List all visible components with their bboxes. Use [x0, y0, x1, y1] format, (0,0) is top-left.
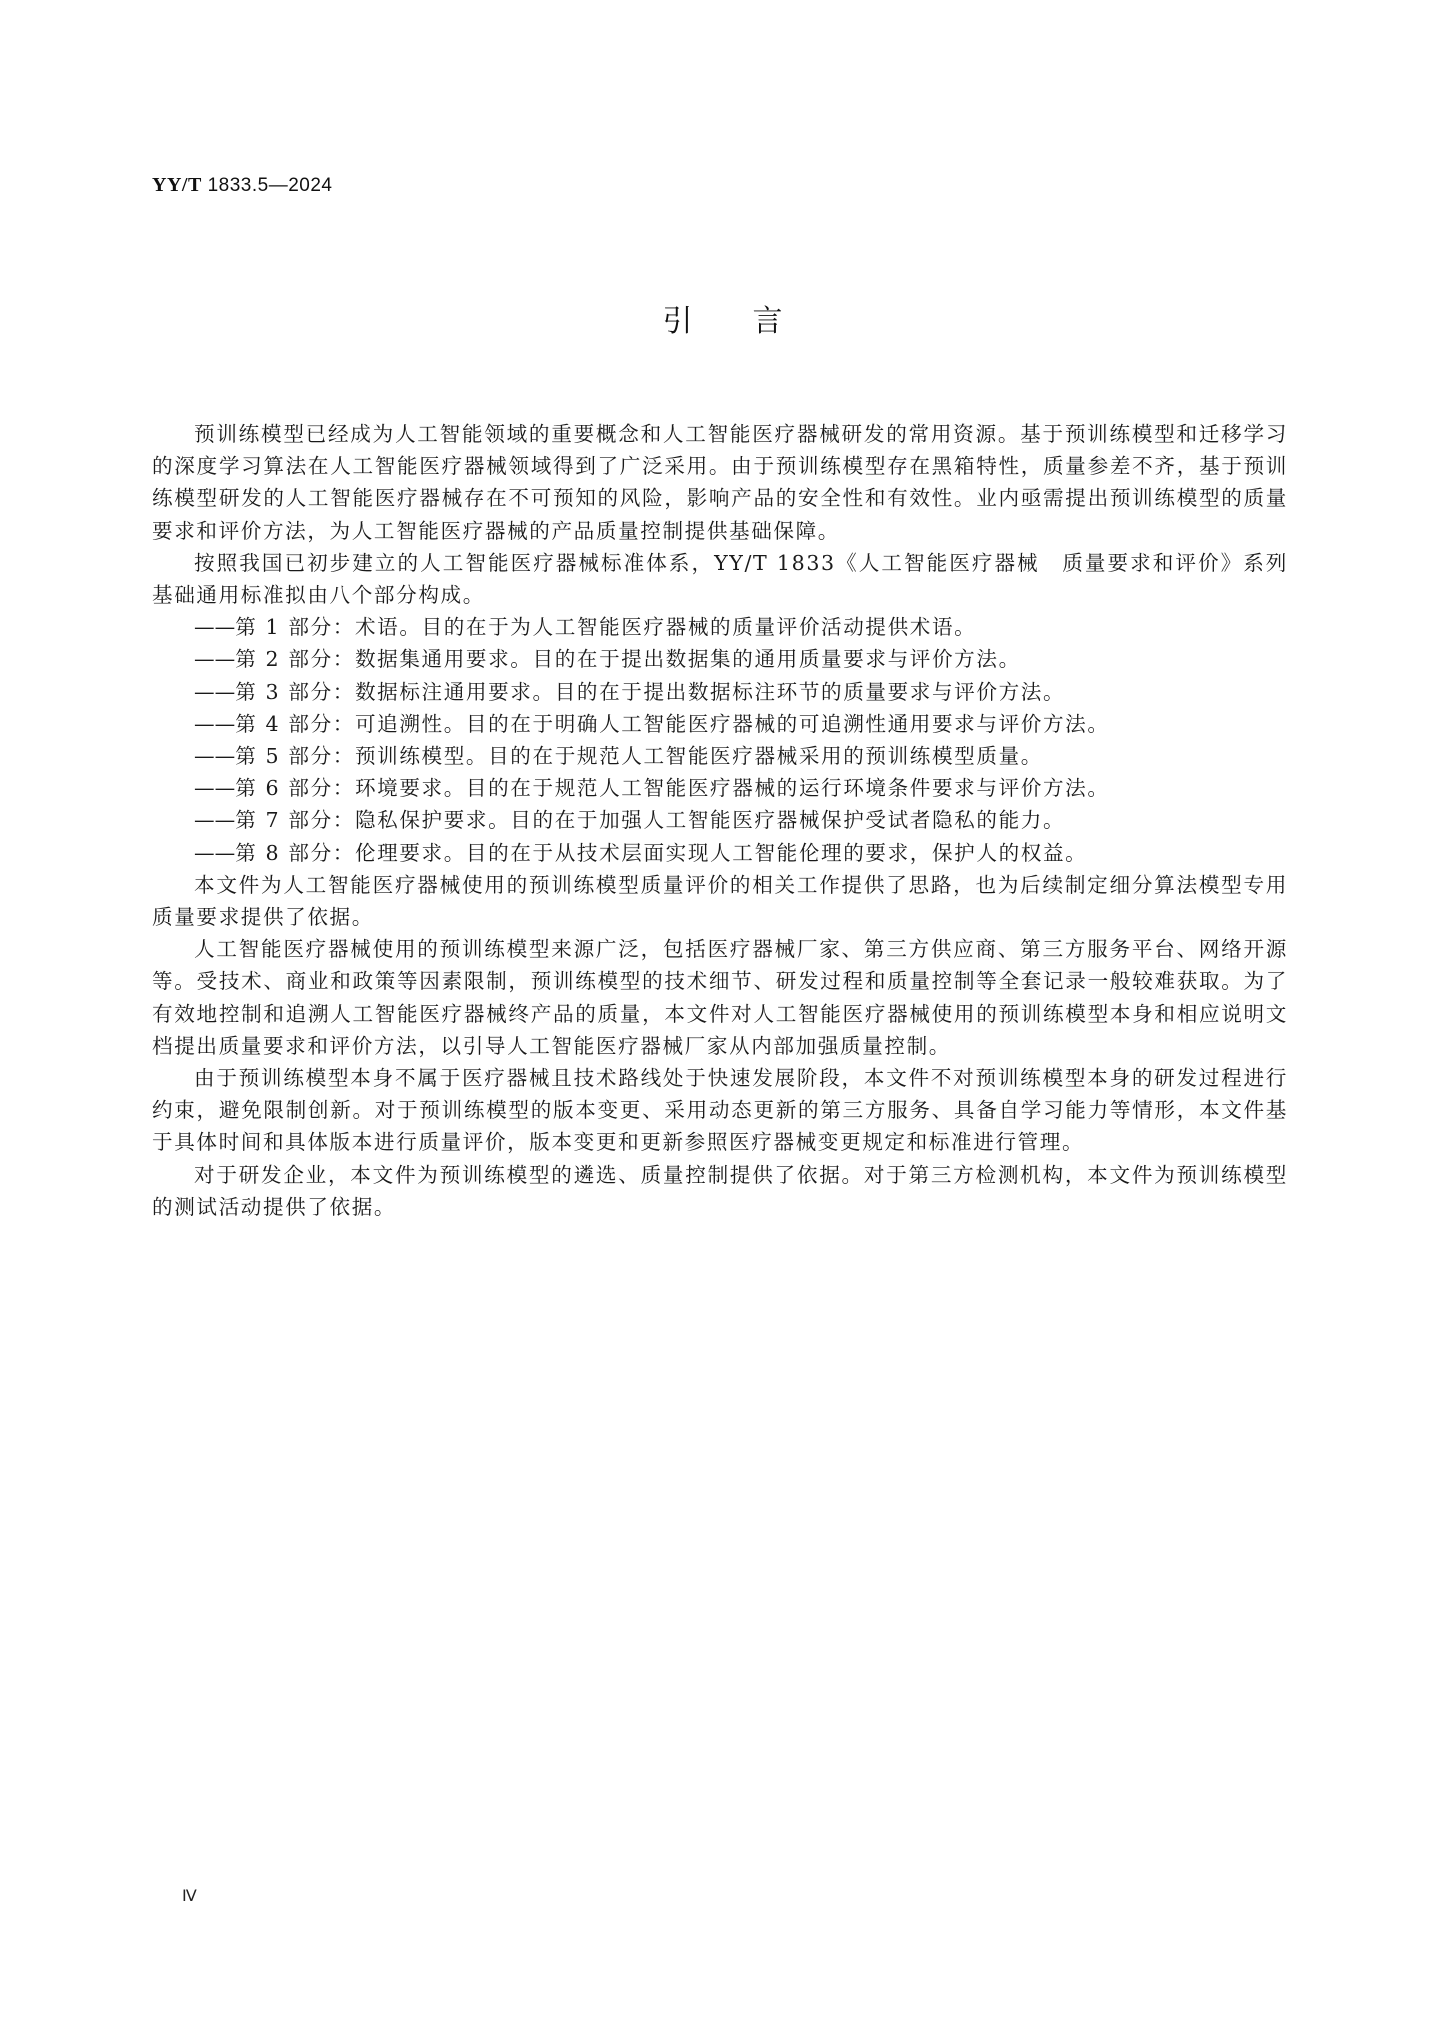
- standard-code-header: YY/T 1833.5—2024: [152, 174, 332, 197]
- list-item-text: 第 8 部分：伦理要求。目的在于从技术层面实现人工智能伦理的要求，保护人的权益。: [235, 841, 1087, 865]
- list-item-text: 第 2 部分：数据集通用要求。目的在于提出数据集的通用质量要求与评价方法。: [235, 647, 1021, 671]
- paragraph-scope-limits: 由于预训练模型本身不属于医疗器械且技术路线处于快速发展阶段，本文件不对预训练模型…: [152, 1062, 1288, 1159]
- list-item-part-5: ——第 5 部分：预训练模型。目的在于规范人工智能医疗器械采用的预训练模型质量。: [152, 740, 1288, 772]
- document-body: 预训练模型已经成为人工智能领域的重要概念和人工智能医疗器械研发的常用资源。基于预…: [152, 418, 1288, 1223]
- standard-prefix: YY/T: [152, 174, 202, 196]
- standard-number: 1833.5—2024: [208, 175, 333, 196]
- paragraph-background: 预训练模型已经成为人工智能领域的重要概念和人工智能医疗器械研发的常用资源。基于预…: [152, 418, 1288, 547]
- paragraph-applicability: 对于研发企业，本文件为预训练模型的遴选、质量控制提供了依据。对于第三方检测机构，…: [152, 1159, 1288, 1223]
- list-item-part-3: ——第 3 部分：数据标注通用要求。目的在于提出数据标注环节的质量要求与评价方法…: [152, 676, 1288, 708]
- page-number: Ⅳ: [182, 1886, 197, 1906]
- paragraph-purpose: 本文件为人工智能医疗器械使用的预训练模型质量评价的相关工作提供了思路，也为后续制…: [152, 869, 1288, 933]
- paragraph-model-sources: 人工智能医疗器械使用的预训练模型来源广泛，包括医疗器械厂家、第三方供应商、第三方…: [152, 933, 1288, 1062]
- paragraph-series-structure: 按照我国已初步建立的人工智能医疗器械标准体系，YY/T 1833《人工智能医疗器…: [152, 547, 1288, 611]
- list-item-text: 第 6 部分：环境要求。目的在于规范人工智能医疗器械的运行环境条件要求与评价方法…: [235, 776, 1109, 800]
- em-dash: ——: [194, 680, 235, 704]
- list-item-part-7: ——第 7 部分：隐私保护要求。目的在于加强人工智能医疗器械保护受试者隐私的能力…: [152, 804, 1288, 836]
- list-item-text: 第 3 部分：数据标注通用要求。目的在于提出数据标注环节的质量要求与评价方法。: [235, 680, 1065, 704]
- list-item-part-8: ——第 8 部分：伦理要求。目的在于从技术层面实现人工智能伦理的要求，保护人的权…: [152, 837, 1288, 869]
- em-dash: ——: [194, 808, 235, 832]
- em-dash: ——: [194, 615, 235, 639]
- em-dash: ——: [194, 712, 235, 736]
- list-item-part-4: ——第 4 部分：可追溯性。目的在于明确人工智能医疗器械的可追溯性通用要求与评价…: [152, 708, 1288, 740]
- list-item-text: 第 4 部分：可追溯性。目的在于明确人工智能医疗器械的可追溯性通用要求与评价方法…: [235, 712, 1109, 736]
- em-dash: ——: [194, 841, 235, 865]
- list-item-part-2: ——第 2 部分：数据集通用要求。目的在于提出数据集的通用质量要求与评价方法。: [152, 643, 1288, 675]
- list-item-text: 第 5 部分：预训练模型。目的在于规范人工智能医疗器械采用的预训练模型质量。: [235, 744, 1043, 768]
- list-item-text: 第 7 部分：隐私保护要求。目的在于加强人工智能医疗器械保护受试者隐私的能力。: [235, 808, 1065, 832]
- list-item-part-1: ——第 1 部分：术语。目的在于为人工智能医疗器械的质量评价活动提供术语。: [152, 611, 1288, 643]
- em-dash: ——: [194, 776, 235, 800]
- page-title: 引言: [0, 296, 1445, 340]
- list-item-text: 第 1 部分：术语。目的在于为人工智能医疗器械的质量评价活动提供术语。: [235, 615, 976, 639]
- em-dash: ——: [194, 744, 235, 768]
- em-dash: ——: [194, 647, 235, 671]
- list-item-part-6: ——第 6 部分：环境要求。目的在于规范人工智能医疗器械的运行环境条件要求与评价…: [152, 772, 1288, 804]
